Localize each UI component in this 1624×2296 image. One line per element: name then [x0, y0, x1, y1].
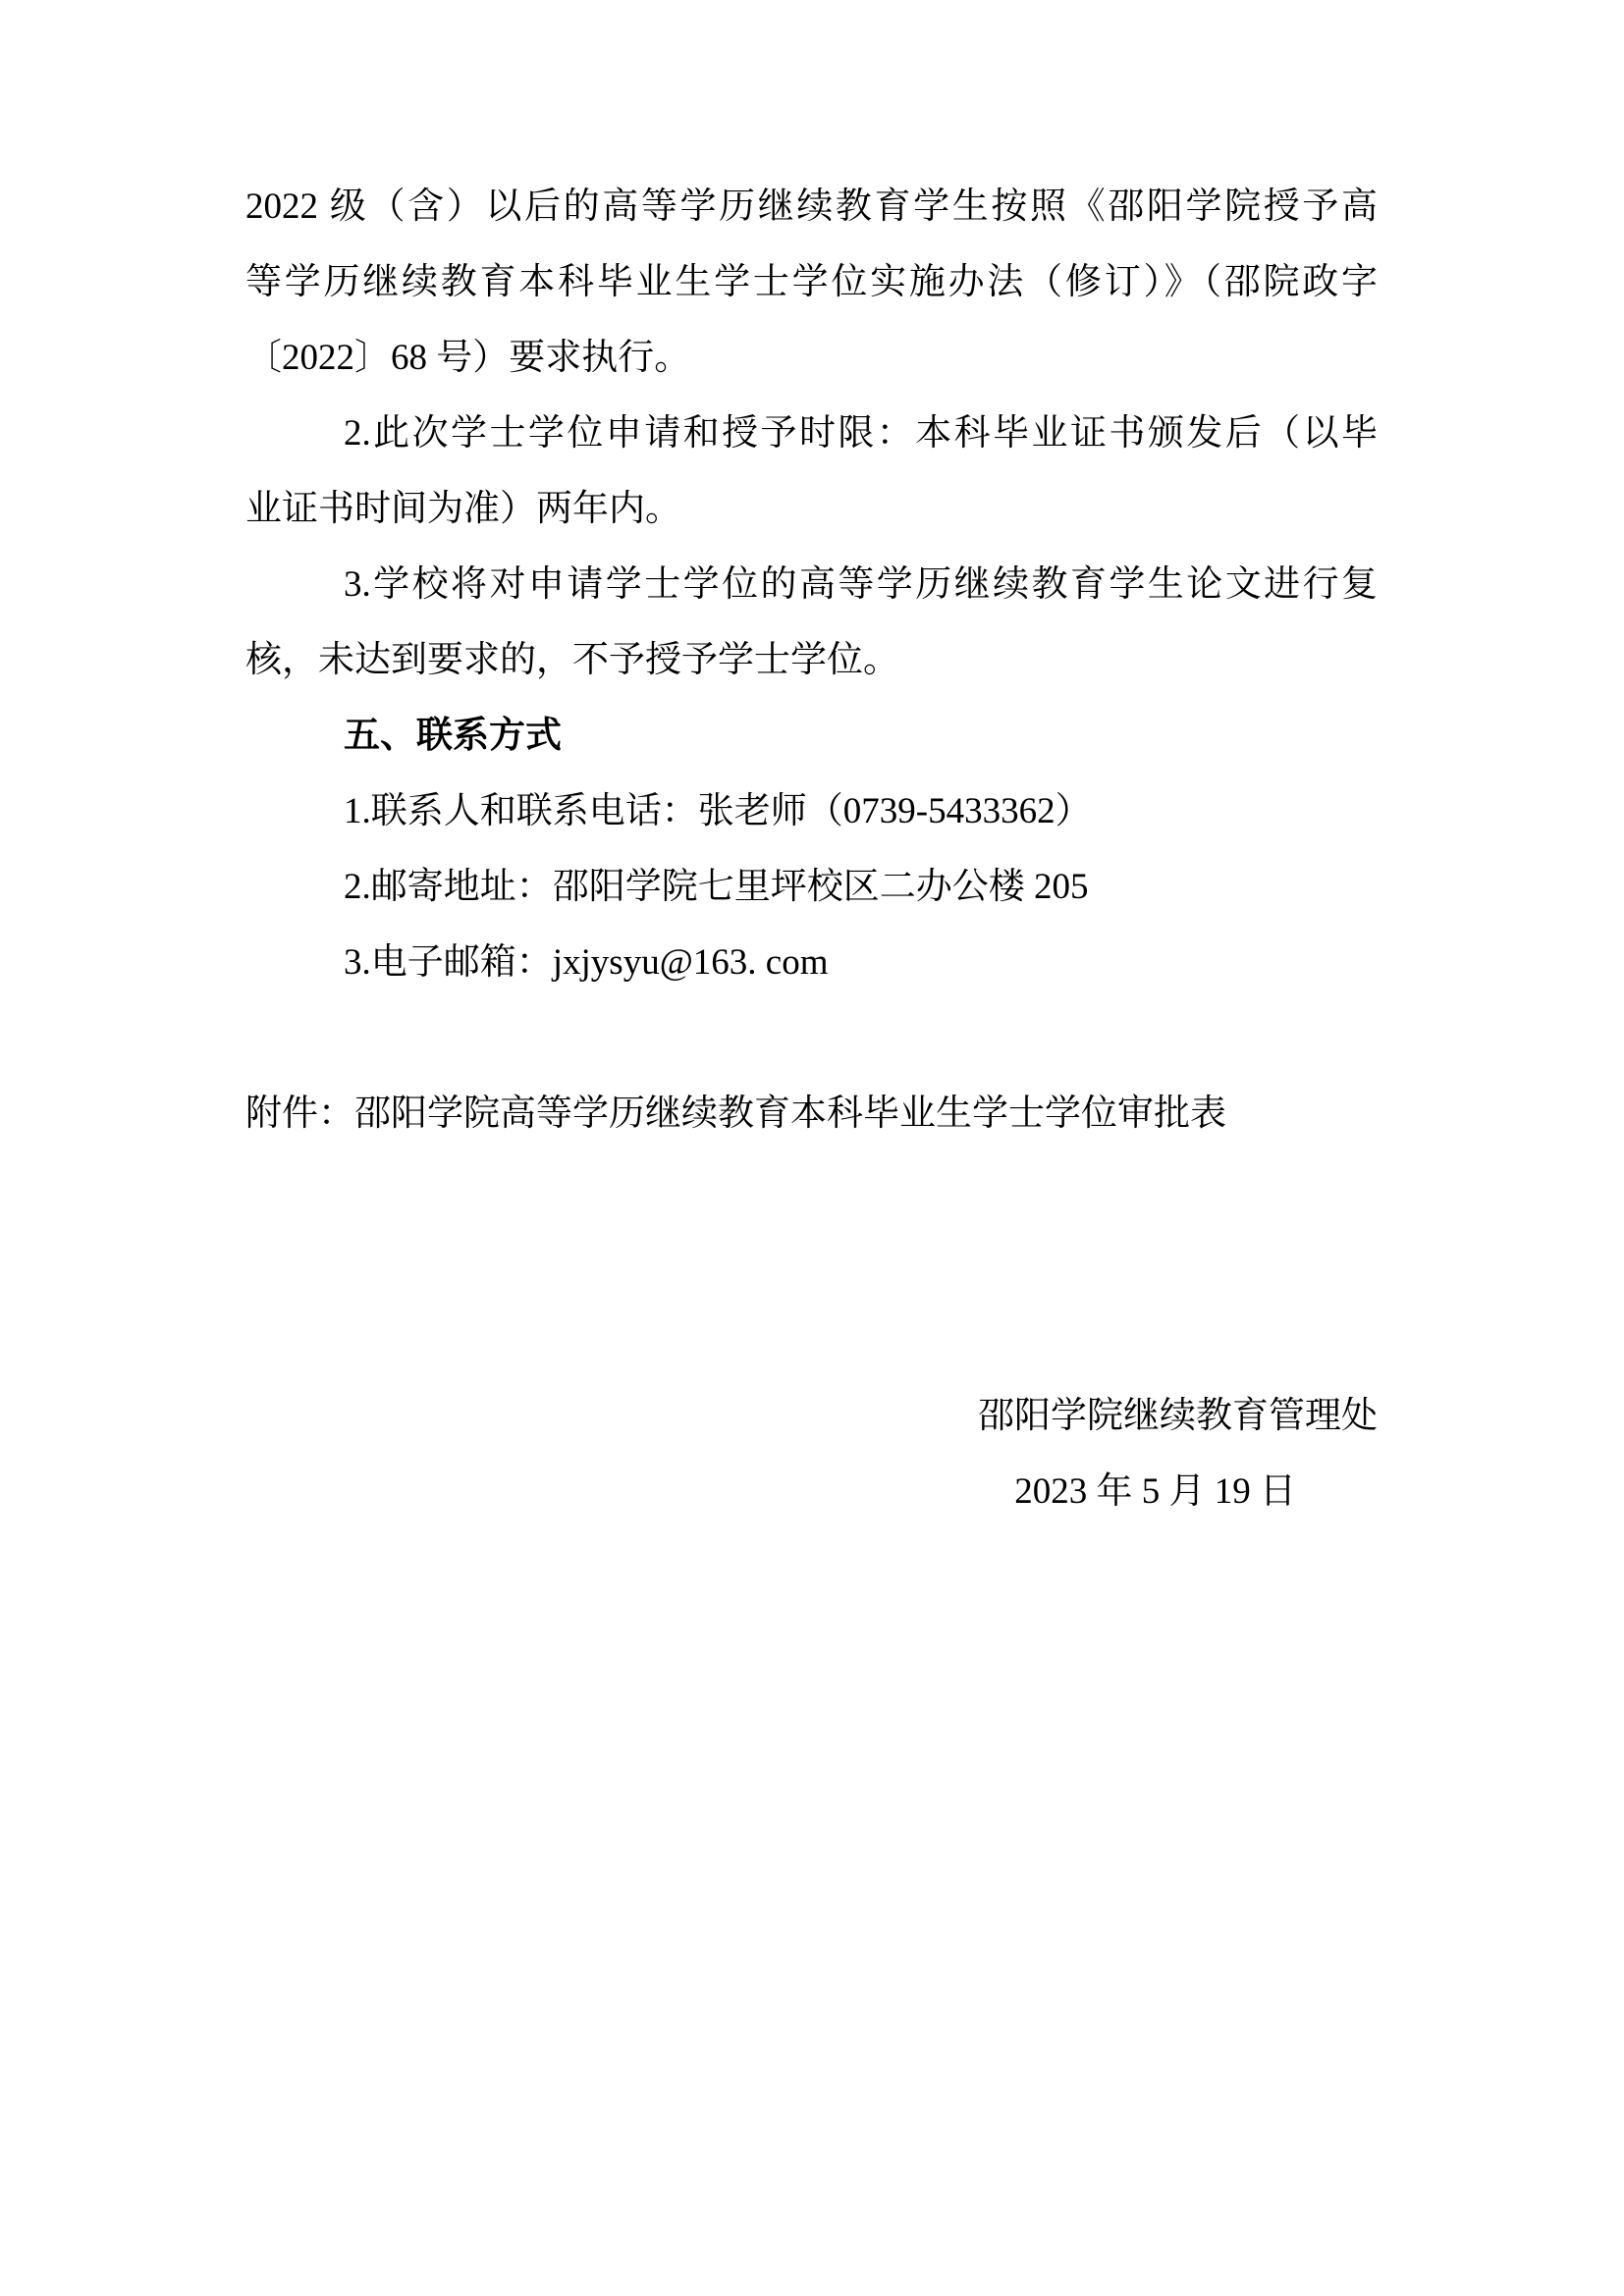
paragraph-continuation-line-2: 等学历继续教育本科毕业生学士学位实施办法（修订）》（邵院政字 — [245, 244, 1378, 320]
item-3-line-1: 3.学校将对申请学士学位的高等学历继续教育学生论文进行复 — [245, 547, 1378, 622]
item-2-line-1: 2.此次学士学位申请和授予时限：本科毕业证书颁发后（以毕 — [245, 396, 1378, 471]
signature-organization: 邵阳学院继续教育管理处 — [245, 1378, 1378, 1454]
contact-email-line: 3.电子邮箱：jxjysyu@163. com — [245, 925, 1378, 1000]
item-2-line-2: 业证书时间为准）两年内。 — [245, 471, 1378, 547]
attachment-line: 附件：邵阳学院高等学历继续教育本科毕业生学士学位审批表 — [245, 1076, 1378, 1151]
blank-line — [245, 1000, 1378, 1076]
document-body: 2022 级（含）以后的高等学历继续教育学生按照《邵阳学院授予高 等学历继续教育… — [245, 169, 1378, 1529]
document-page: 2022 级（含）以后的高等学历继续教育学生按照《邵阳学院授予高 等学历继续教育… — [0, 0, 1624, 2296]
blank-line — [245, 1303, 1378, 1378]
blank-line — [245, 1227, 1378, 1303]
signature-date: 2023 年 5 月 19 日 — [245, 1454, 1378, 1529]
paragraph-continuation-line-3: 〔2022〕68 号）要求执行。 — [245, 320, 1378, 396]
blank-line — [245, 1151, 1378, 1227]
contact-address-line: 2.邮寄地址：邵阳学院七里坪校区二办公楼 205 — [245, 849, 1378, 925]
section-5-heading: 五、联系方式 — [245, 698, 1378, 774]
paragraph-continuation-line-1: 2022 级（含）以后的高等学历继续教育学生按照《邵阳学院授予高 — [245, 169, 1378, 244]
item-3-line-2: 核，未达到要求的，不予授予学士学位。 — [245, 622, 1378, 698]
contact-phone-line: 1.联系人和联系电话：张老师（0739-5433362） — [245, 774, 1378, 849]
